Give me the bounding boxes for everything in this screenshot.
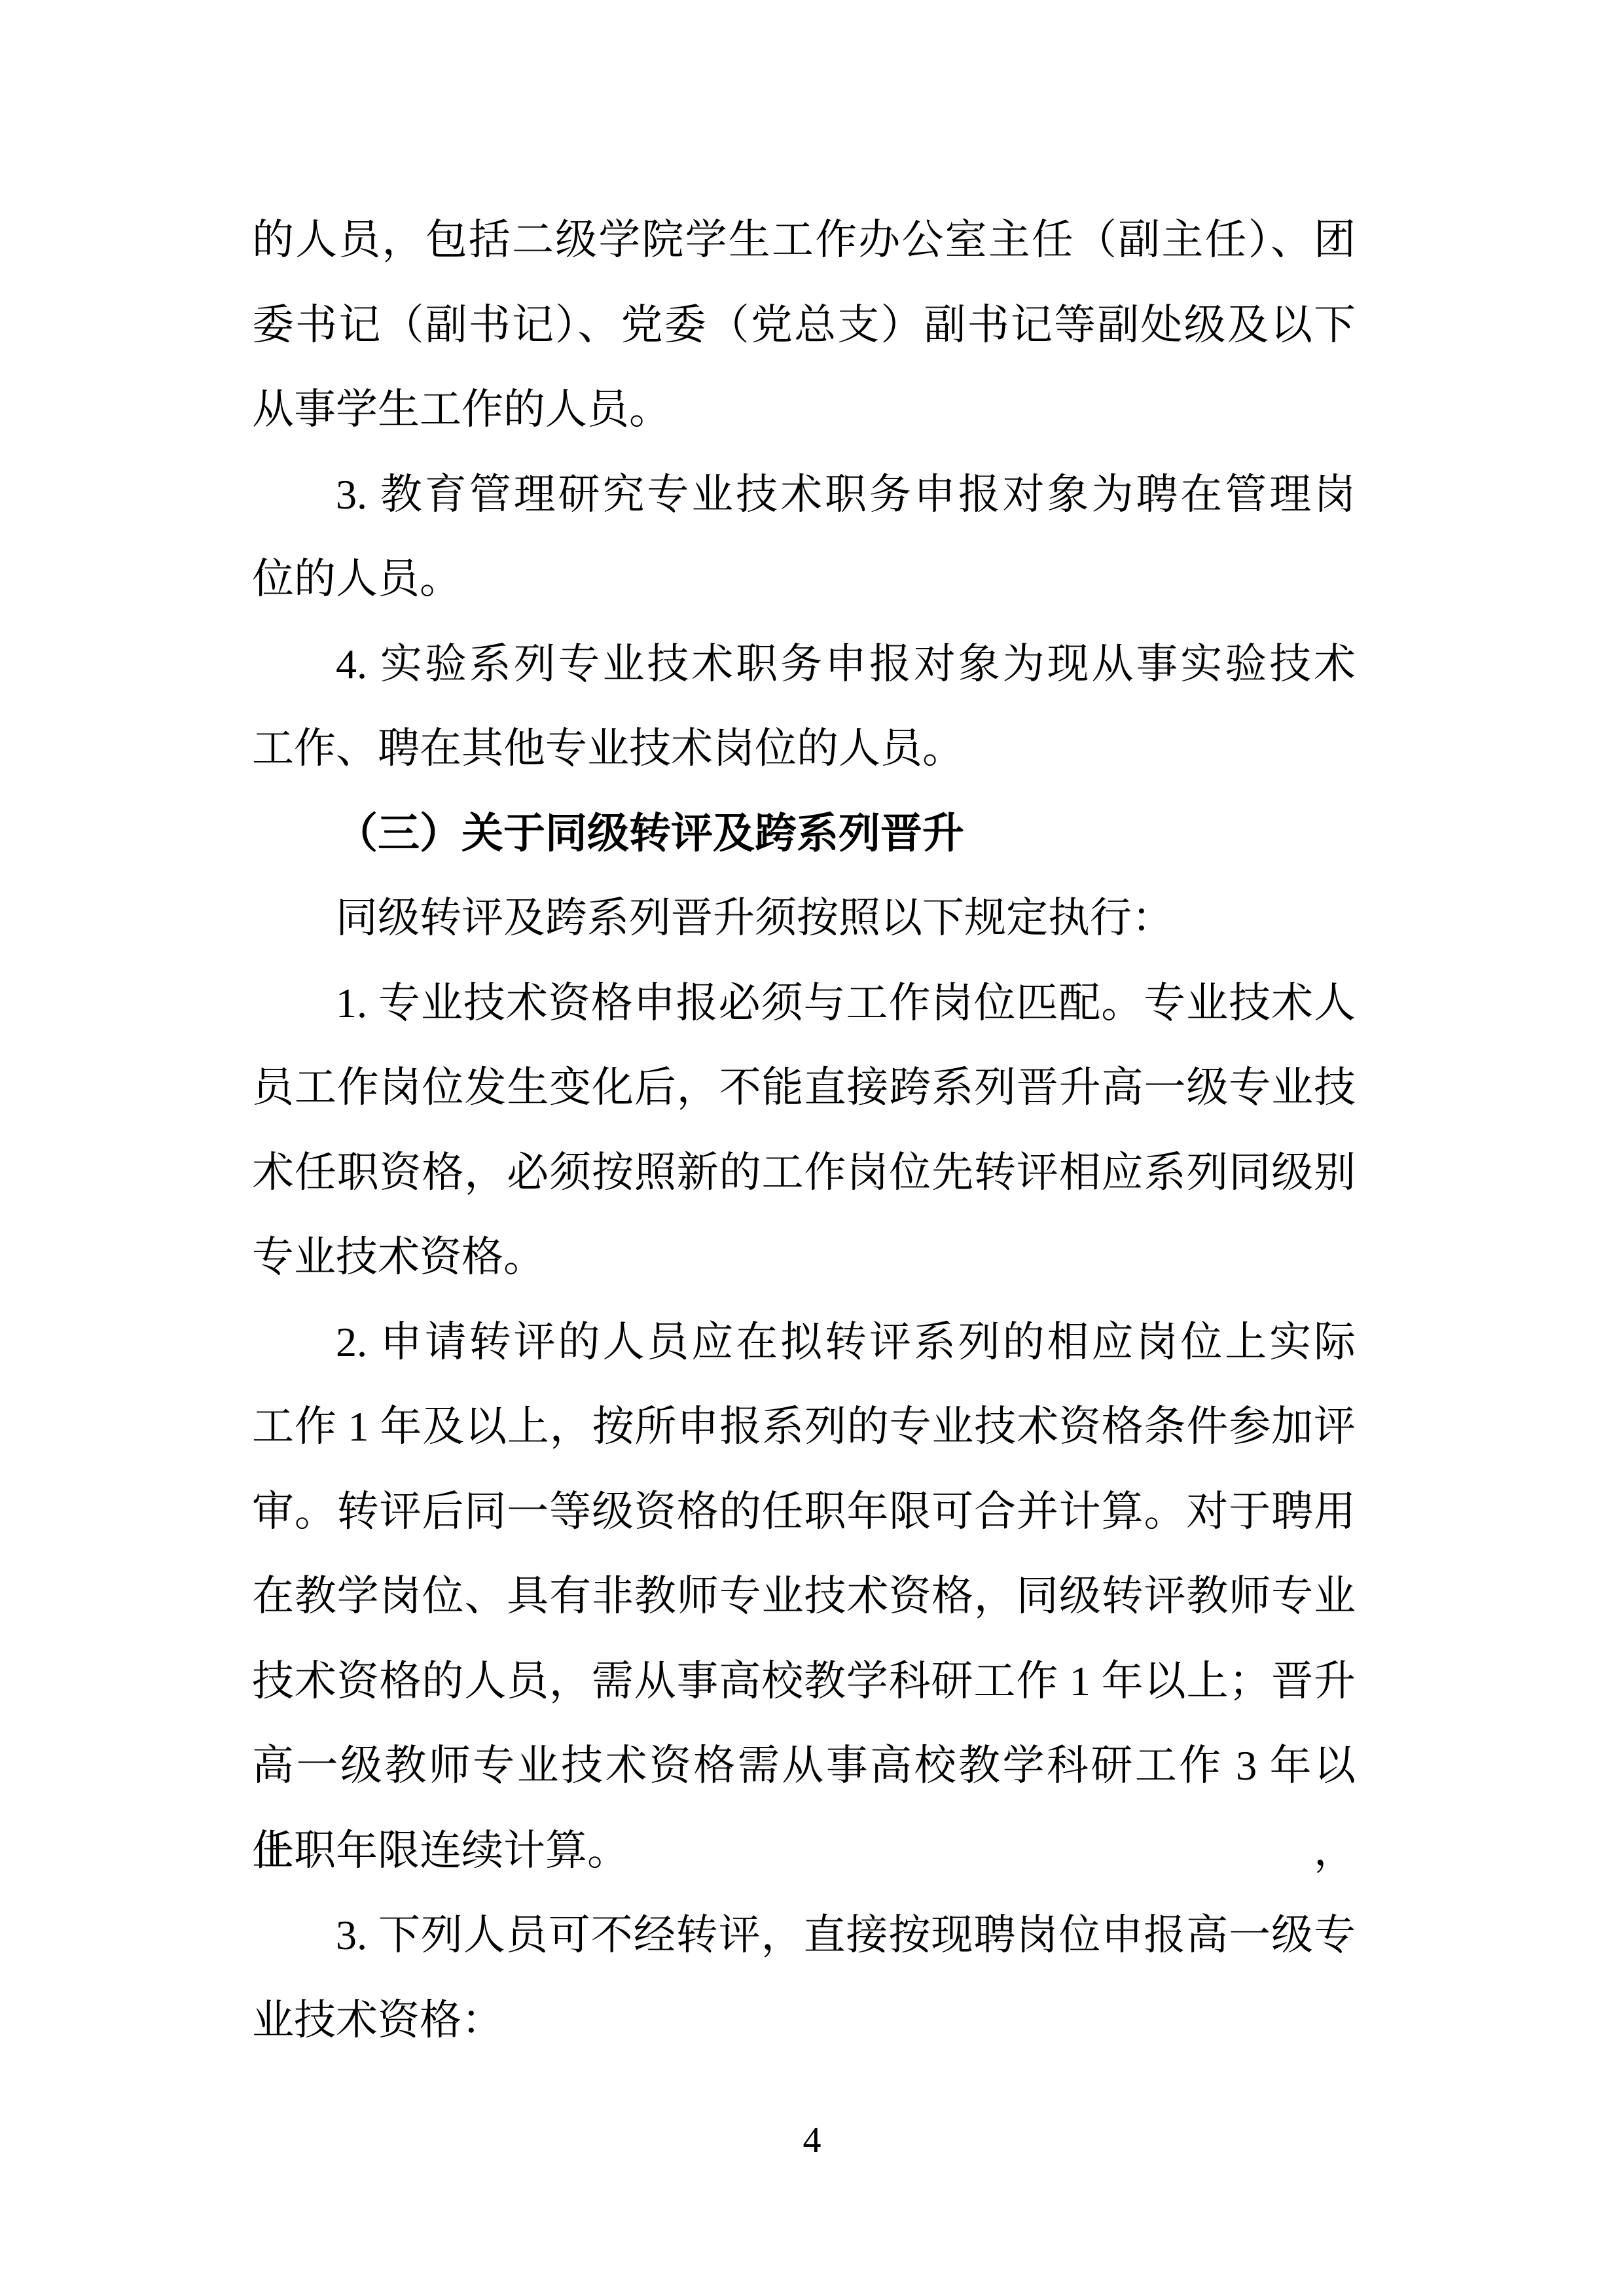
document-body: 的人员，包括二级学院学生工作办公室主任（副主任）、团委书记（副书记）、党委（党总…: [252, 198, 1356, 2062]
text-line: 1. 专业技术资格申报必须与工作岗位匹配。专业技术人: [252, 961, 1356, 1046]
text-line: 4. 实验系列专业技术职务申报对象为现从事实验技术: [252, 622, 1356, 707]
text-line: 业技术资格：: [252, 1978, 1356, 2063]
text-line: 术任职资格，必须按照新的工作岗位先转评相应系列同级别: [252, 1130, 1356, 1215]
text-line: 审。转评后同一等级资格的任职年限可合并计算。对于聘用: [252, 1469, 1356, 1554]
text-line: 工作、聘在其他专业技术岗位的人员。: [252, 706, 1356, 791]
text-line: 同级转评及跨系列晋升须按照以下规定执行：: [252, 876, 1356, 961]
text-line: 位的人员。: [252, 537, 1356, 622]
text-line: 的人员，包括二级学院学生工作办公室主任（副主任）、团: [252, 198, 1356, 283]
page-number: 4: [0, 2121, 1624, 2160]
text-line: 工作 1 年及以上，按所申报系列的专业技术资格条件参加评: [252, 1384, 1356, 1469]
text-line: 员工作岗位发生变化后，不能直接跨系列晋升高一级专业技: [252, 1045, 1356, 1130]
text-line: 从事学生工作的人员。: [252, 367, 1356, 452]
text-line: 3. 教育管理研究专业技术职务申报对象为聘在管理岗: [252, 452, 1356, 537]
text-line: 在教学岗位、具有非教师专业技术资格，同级转评教师专业: [252, 1554, 1356, 1639]
text-line: 技术资格的人员，需从事高校教学科研工作 1 年以上；晋升: [252, 1639, 1356, 1724]
section-heading: （三）关于同级转评及跨系列晋升: [252, 791, 1356, 876]
text-line: 委书记（副书记）、党委（党总支）副书记等副处级及以下: [252, 283, 1356, 368]
text-line: 专业技术资格。: [252, 1215, 1356, 1300]
text-line: 高一级教师专业技术资格需从事高校教学科研工作 3 年以上，: [252, 1723, 1356, 1808]
text-line: 2. 申请转评的人员应在拟转评系列的相应岗位上实际: [252, 1300, 1356, 1385]
text-line: 3. 下列人员可不经转评，直接按现聘岗位申报高一级专: [252, 1893, 1356, 1978]
document-page: 的人员，包括二级学院学生工作办公室主任（副主任）、团委书记（副书记）、党委（党总…: [0, 0, 1624, 2296]
